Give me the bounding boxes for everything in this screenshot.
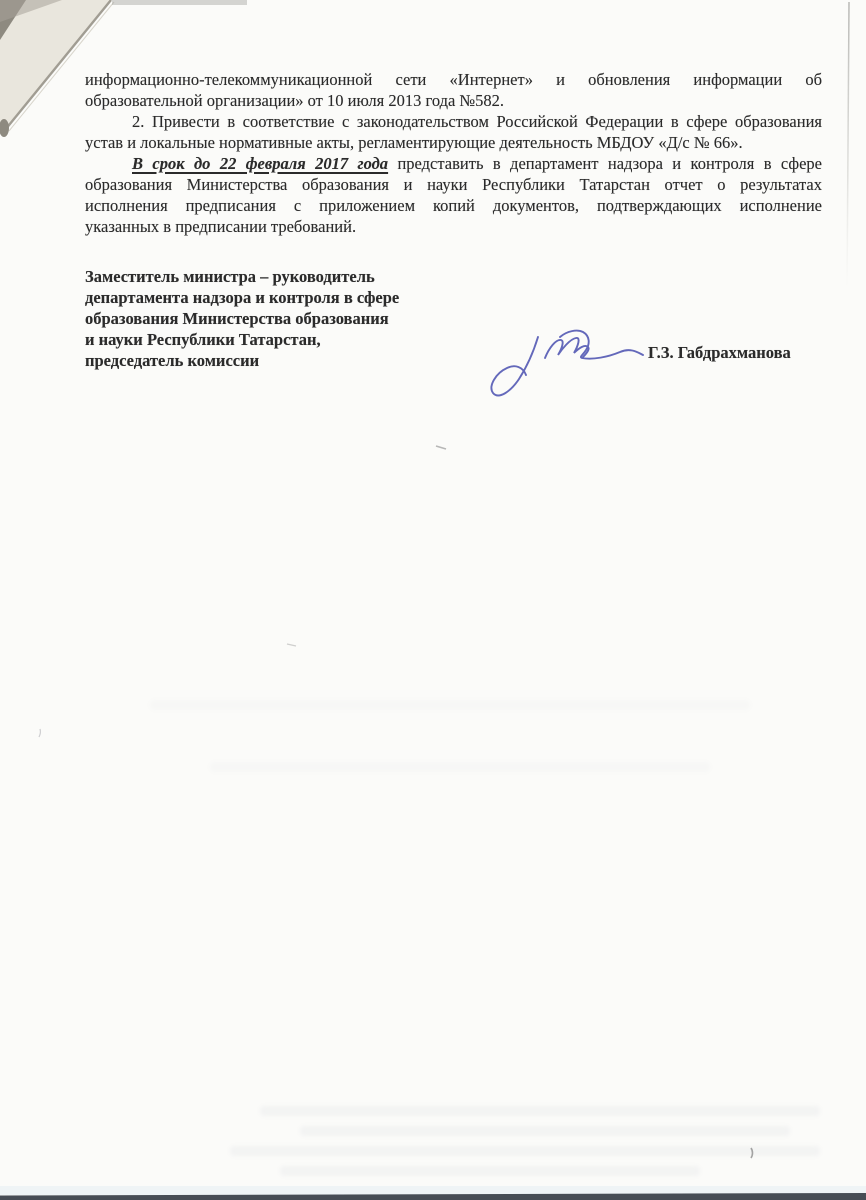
signoff-title-line: департамента надзора и контроля в сфере bbox=[85, 287, 399, 308]
bleedthrough-artifact bbox=[230, 1146, 820, 1156]
signoff-title-line: председатель комиссии bbox=[85, 350, 399, 371]
body-line: образовательной организации» от 10 июля … bbox=[85, 90, 822, 111]
bleedthrough-artifact bbox=[280, 1166, 700, 1176]
document-body: информационно-телекоммуникационной сети … bbox=[85, 69, 822, 237]
handwritten-signature bbox=[491, 331, 643, 396]
signoff-title-line: Заместитель министра – руководитель bbox=[85, 266, 399, 287]
page-right-edge bbox=[847, 2, 849, 290]
deadline-emphasis: В срок до 22 февраля 2017 года bbox=[132, 154, 388, 173]
body-line: образования Министерства образования и н… bbox=[85, 174, 822, 195]
body-line: устав и локальные нормативные акты, регл… bbox=[85, 132, 822, 153]
signoff-title-line: и науки Республики Татарстан, bbox=[85, 329, 399, 350]
body-line-text: образовательной организации» от 10 июля … bbox=[85, 91, 504, 110]
body-line: исполнения предписания с приложением коп… bbox=[85, 195, 822, 216]
bleedthrough-artifact bbox=[150, 700, 750, 710]
body-line: 2. Привести в соответствие с законодател… bbox=[85, 111, 822, 132]
page-top-smudge bbox=[112, 0, 247, 5]
body-line-text: образования Министерства образования и н… bbox=[85, 175, 822, 194]
page-bottom-edge bbox=[0, 1193, 866, 1200]
bleedthrough-artifact bbox=[260, 1106, 820, 1116]
body-line-text: информационно-телекоммуникационной сети … bbox=[85, 70, 822, 89]
body-line: указанных в предписании требований. bbox=[85, 216, 822, 237]
bottom-light-band bbox=[0, 1186, 866, 1195]
body-line: информационно-телекоммуникационной сети … bbox=[85, 69, 822, 90]
signoff-title-block: Заместитель министра – руководитель депа… bbox=[85, 266, 399, 371]
body-line-text: исполнения предписания с приложением коп… bbox=[85, 196, 822, 215]
body-line-text: представить в департамент надзора и конт… bbox=[397, 154, 822, 173]
body-line: В срок до 22 февраля 2017 года представи… bbox=[85, 153, 822, 174]
body-line-text: устав и локальные нормативные акты, регл… bbox=[85, 133, 743, 152]
scan-speck-marks bbox=[39, 446, 753, 1158]
bleedthrough-artifact bbox=[210, 762, 710, 772]
body-line-text: указанных в предписании требований. bbox=[85, 217, 356, 236]
signoff-title-line: образования Министерства образования bbox=[85, 308, 399, 329]
signer-name: Г.З. Габдрахманова bbox=[648, 343, 791, 363]
bleedthrough-artifact bbox=[300, 1126, 790, 1136]
scanned-document-page: { "document": { "body_lines": [ { "text"… bbox=[0, 0, 866, 1200]
body-line-text: 2. Привести в соответствие с законодател… bbox=[132, 112, 822, 131]
